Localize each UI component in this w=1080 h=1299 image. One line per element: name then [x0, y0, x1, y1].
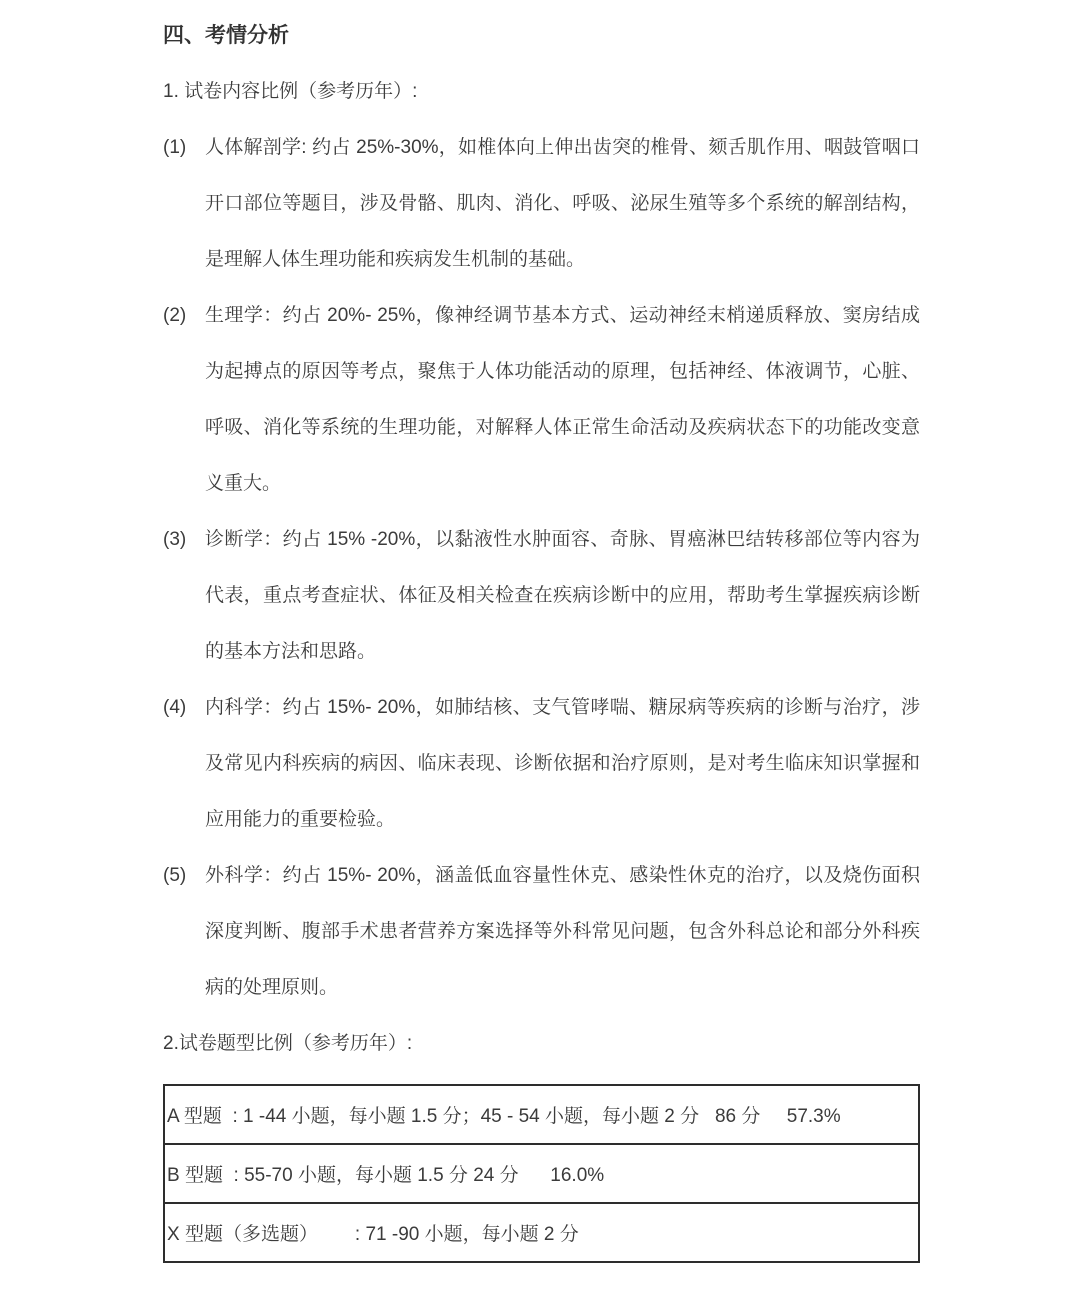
list-item-text: 内科学：约占 15%- 20%，如肺结核、支气管哮喘、糖尿病等疾病的诊断与治疗，… — [205, 680, 920, 848]
list-item-marker: (3) — [163, 512, 186, 568]
table-row-x-type: X 型题（多选题） : 71 -90 小题，每小题 2 分 — [165, 1202, 918, 1261]
section2-title: 2.试卷题型比例（参考历年）: — [163, 1016, 920, 1072]
document-page: 四、考情分析 1. 试卷内容比例（参考历年）: (1) 人体解剖学: 约占 25… — [0, 0, 1080, 1299]
question-type-table: A 型题 : 1 -44 小题，每小题 1.5 分；45 - 54 小题，每小题… — [163, 1084, 920, 1263]
page-title: 四、考情分析 — [163, 8, 920, 64]
list-item-4: (4) 内科学：约占 15%- 20%，如肺结核、支气管哮喘、糖尿病等疾病的诊断… — [163, 680, 920, 848]
section1-title: 1. 试卷内容比例（参考历年）: — [163, 64, 920, 120]
table-row-b-type: B 型题 : 55-70 小题，每小题 1.5 分 24 分 16.0% — [165, 1143, 918, 1202]
list-item-text: 生理学：约占 20%- 25%，像神经调节基本方式、运动神经末梢递质释放、窦房结… — [205, 288, 920, 512]
list-item-text: 人体解剖学: 约占 25%-30%，如椎体向上伸出齿突的椎骨、颏舌肌作用、咽鼓管… — [205, 120, 920, 288]
list-item-1: (1) 人体解剖学: 约占 25%-30%，如椎体向上伸出齿突的椎骨、颏舌肌作用… — [163, 120, 920, 288]
list-item-text: 外科学：约占 15%- 20%，涵盖低血容量性休克、感染性休克的治疗，以及烧伤面… — [205, 848, 920, 1016]
list-item-marker: (5) — [163, 848, 186, 904]
list-item-3: (3) 诊断学：约占 15% -20%，以黏液性水肿面容、奇脉、胃癌淋巴结转移部… — [163, 512, 920, 680]
list-item-marker: (4) — [163, 680, 186, 736]
table-row-a-type: A 型题 : 1 -44 小题，每小题 1.5 分；45 - 54 小题，每小题… — [165, 1086, 918, 1143]
list-item-2: (2) 生理学：约占 20%- 25%，像神经调节基本方式、运动神经末梢递质释放… — [163, 288, 920, 512]
list-item-5: (5) 外科学：约占 15%- 20%，涵盖低血容量性休克、感染性休克的治疗，以… — [163, 848, 920, 1016]
list-item-marker: (2) — [163, 288, 186, 344]
list-item-marker: (1) — [163, 120, 186, 176]
list-item-text: 诊断学：约占 15% -20%，以黏液性水肿面容、奇脉、胃癌淋巴结转移部位等内容… — [205, 512, 920, 680]
